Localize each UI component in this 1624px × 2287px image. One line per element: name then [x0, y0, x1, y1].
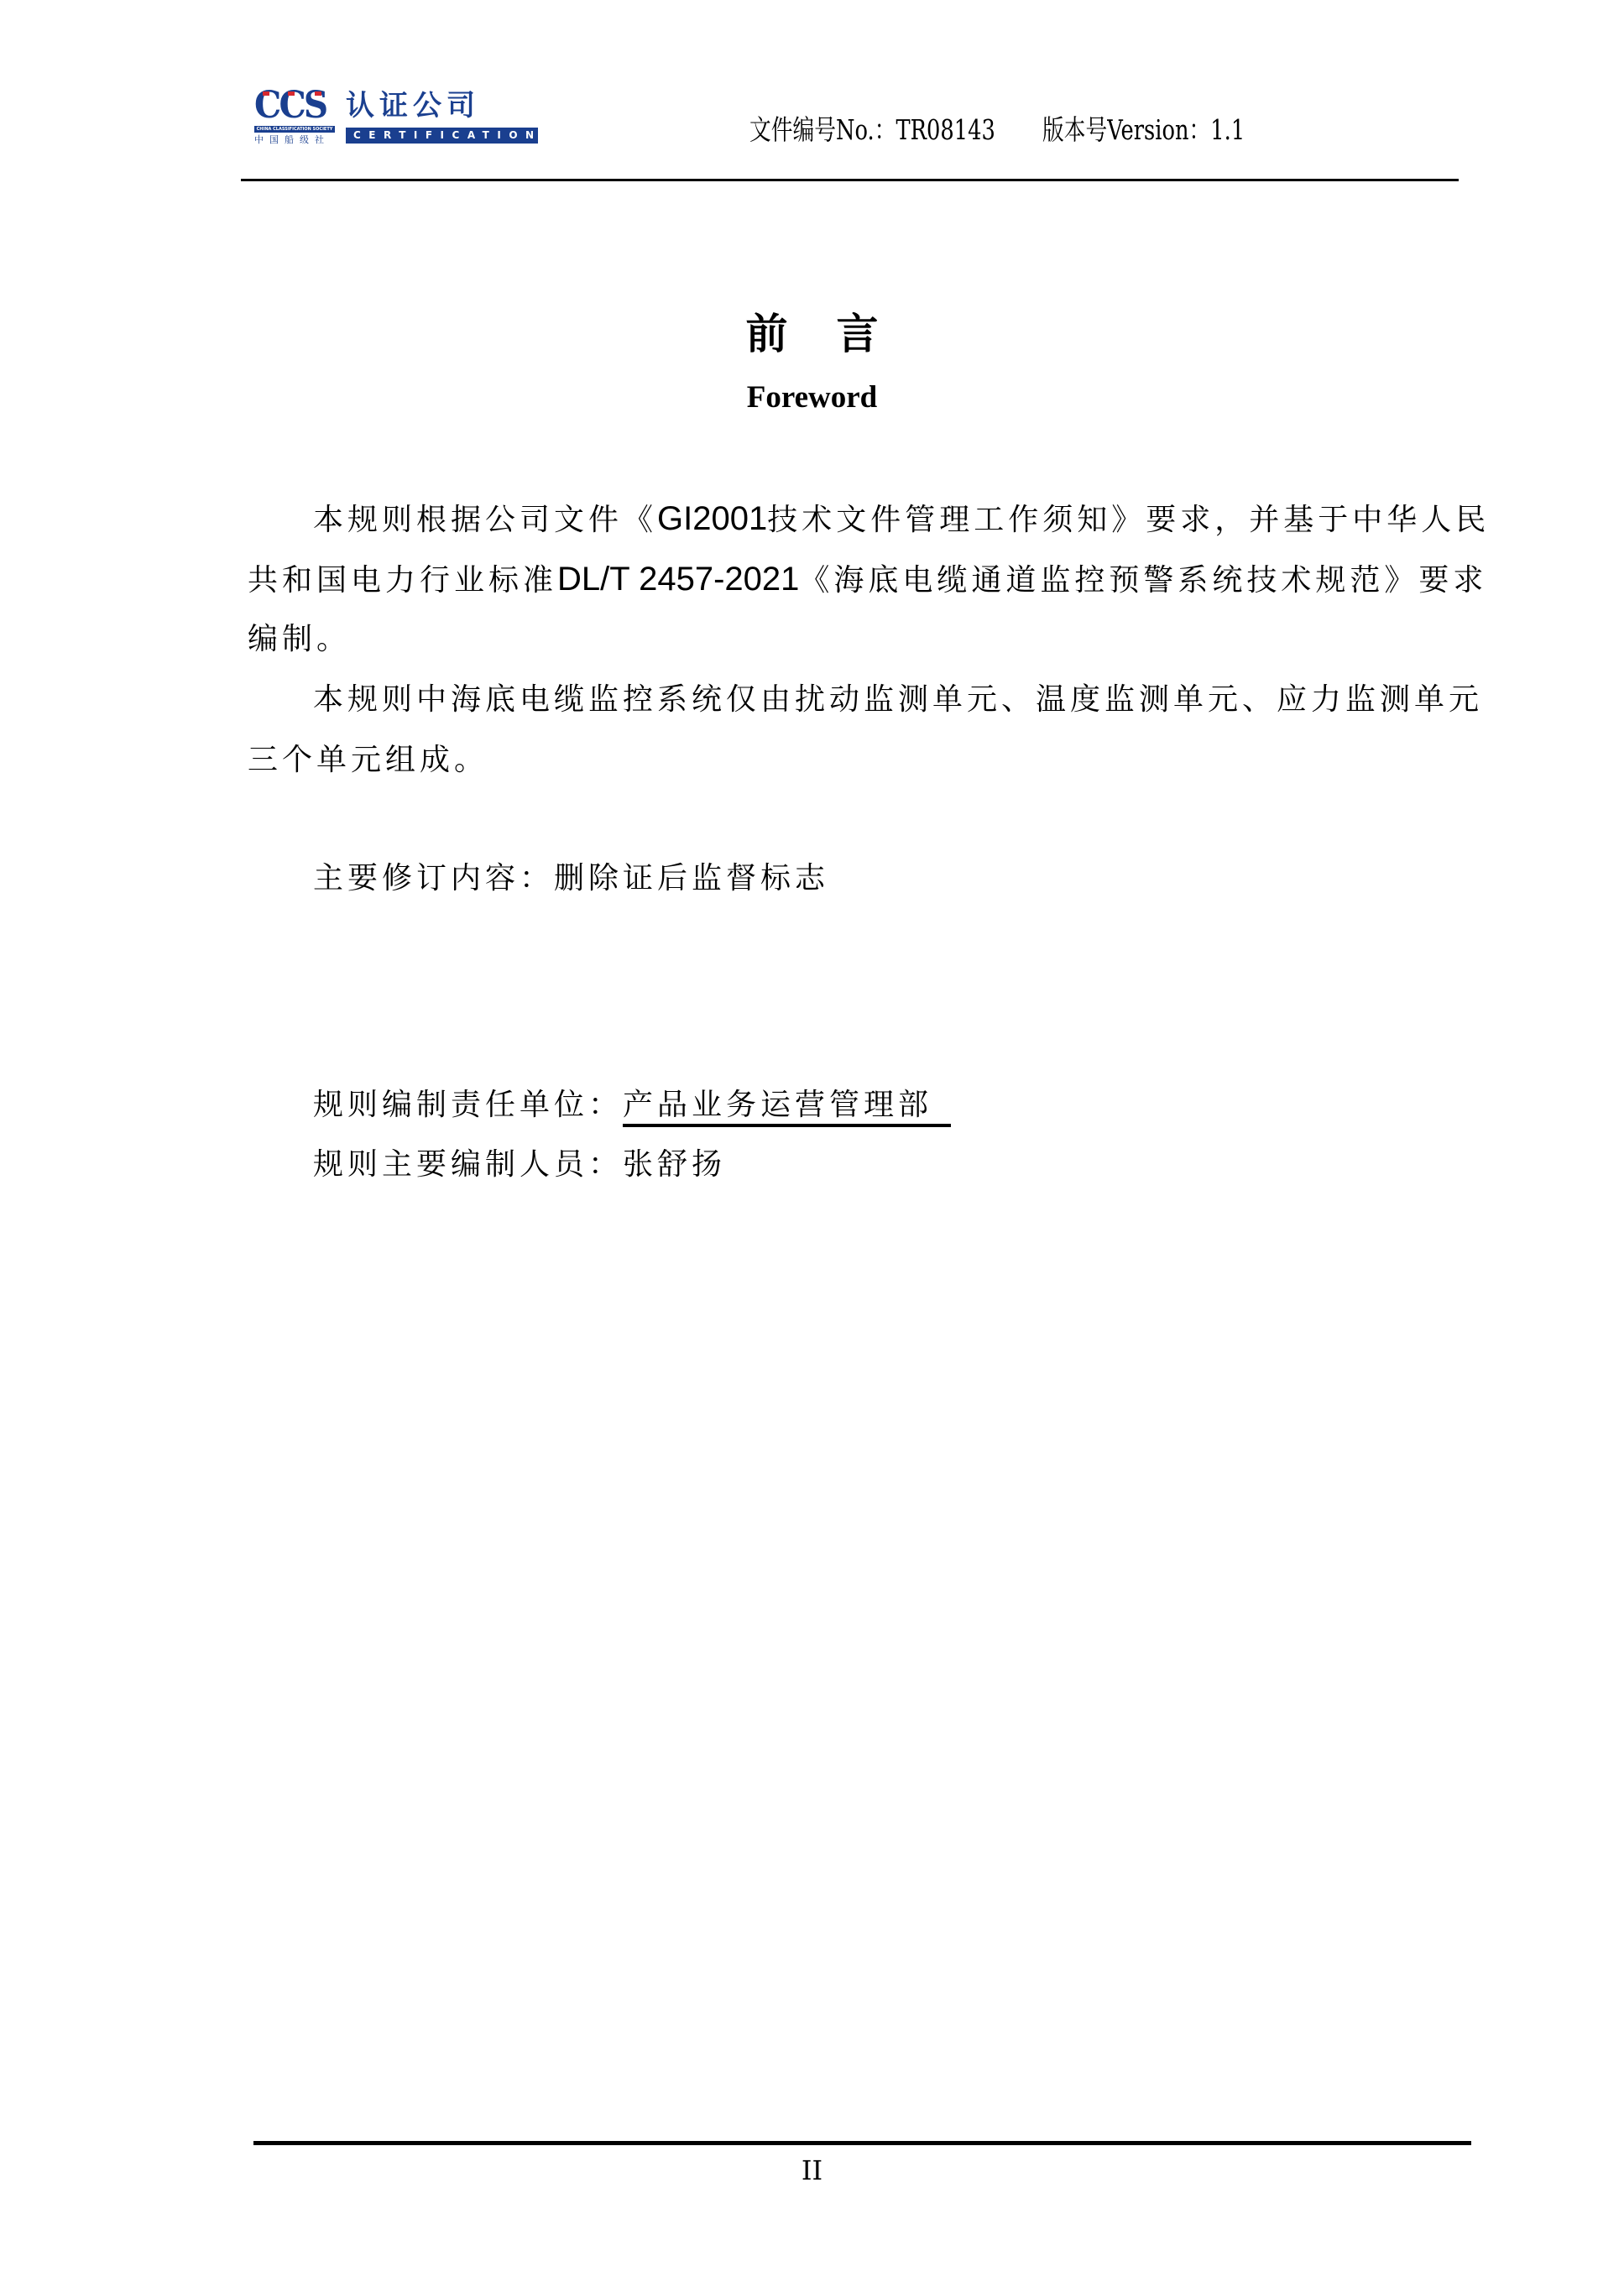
logo-cn-name: 认证公司 — [346, 90, 480, 122]
main-author-line: 规则主要编制人员：张舒扬 — [313, 1135, 726, 1195]
para2-line2: 三个单元组成。 — [248, 730, 488, 791]
logo-certification-bar: CERTIFICATION — [346, 128, 538, 144]
logo-red-accent — [315, 91, 321, 96]
version-number: 1.1 — [1210, 113, 1245, 146]
version-label: 版本号Version： — [1042, 113, 1210, 146]
title-char-1: 前 — [746, 311, 788, 358]
revision-value: 删除证后监督标志 — [554, 861, 829, 895]
revision-label: 主要修订内容： — [313, 861, 554, 895]
ccs-certification-logo: CCS CHINA CLASSIFICATION SOCIETY 中国船级社 认… — [254, 89, 540, 146]
logo-red-accent — [263, 91, 269, 96]
page-subtitle: Foreword — [0, 379, 1624, 416]
logo-society-en: CHINA CLASSIFICATION SOCIETY — [254, 126, 335, 133]
page-title: 前言 — [0, 311, 1624, 358]
revision-line: 主要修订内容：删除证后监督标志 — [313, 848, 829, 909]
title-char-2: 言 — [837, 311, 879, 358]
page-number: II — [0, 2154, 1624, 2187]
doc-number-label: 文件编号No.： — [749, 113, 896, 146]
para1-line1: 本规则根据公司文件《GI2001技术文件管理工作须知》要求，并基于中华人民 — [313, 488, 1490, 551]
document-meta: 文件编号No.：TR08143版本号Version：1.1 — [749, 112, 1292, 149]
main-author-value: 张舒扬 — [623, 1147, 726, 1182]
para1-line3: 编制。 — [248, 609, 351, 670]
header-divider — [241, 179, 1459, 181]
responsible-unit-label: 规则编制责任单位： — [313, 1088, 623, 1122]
logo-red-accent — [288, 91, 295, 96]
footer-divider — [253, 2141, 1471, 2145]
standard-reference: DL/T 2457-2021 — [557, 561, 799, 598]
doc-number: TR08143 — [896, 113, 995, 146]
para1-line2: 共和国电力行业标准DL/T 2457-2021《海底电缆通道监控预警系统技术规范… — [248, 549, 1487, 611]
responsible-unit-line: 规则编制责任单位：产品业务运营管理部 — [313, 1075, 951, 1136]
main-author-label: 规则主要编制人员： — [313, 1147, 623, 1182]
logo-society-cn: 中国船级社 — [254, 134, 335, 145]
responsible-unit-value: 产品业务运营管理部 — [623, 1088, 951, 1127]
para2-line1: 本规则中海底电缆监控系统仅由扰动监测单元、温度监测单元、应力监测单元 — [313, 670, 1483, 730]
doc-reference: GI2001 — [657, 500, 767, 537]
